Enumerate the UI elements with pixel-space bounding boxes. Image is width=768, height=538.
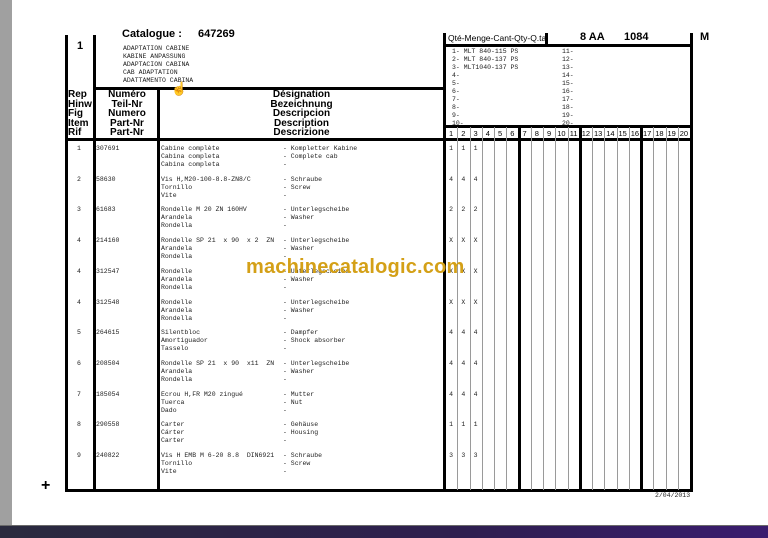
header-numero: NuméroTeil-NrNumeroPart-NrPart-Nr bbox=[97, 90, 157, 138]
grid-line bbox=[157, 87, 160, 492]
part-number: 208504 bbox=[96, 360, 119, 368]
grid-line bbox=[555, 127, 556, 490]
catalogue-number: 647269 bbox=[198, 28, 235, 40]
item-rep: 7 bbox=[77, 391, 81, 399]
part-description: Rondelle Arandela Rondella bbox=[161, 268, 192, 292]
quantity: 1 bbox=[470, 421, 482, 429]
item-rep: 9 bbox=[77, 452, 81, 460]
quantity: 4 bbox=[445, 360, 457, 368]
quantity: 4 bbox=[445, 176, 457, 184]
qty-column-header: 14 bbox=[604, 129, 616, 138]
assembly-title: ADAPTATION CABINE KABINE ANPASSUNG ADAPT… bbox=[123, 45, 193, 85]
quantity: 3 bbox=[445, 452, 457, 460]
part-number: 214160 bbox=[96, 237, 119, 245]
grid-line bbox=[579, 127, 582, 490]
part-number: 264615 bbox=[96, 329, 119, 337]
part-number: 307691 bbox=[96, 145, 119, 153]
quantity: X bbox=[445, 237, 457, 245]
quantity: X bbox=[470, 299, 482, 307]
viewer-left-margin bbox=[0, 0, 12, 525]
corner-letter: M bbox=[700, 31, 709, 43]
part-number: 185054 bbox=[96, 391, 119, 399]
qty-header: Qté-Menge-Cant-Qty-Q.ta bbox=[448, 33, 546, 43]
qty-column-header: 2 bbox=[457, 129, 469, 138]
quantity: 4 bbox=[470, 360, 482, 368]
quantity: 4 bbox=[457, 329, 469, 337]
qty-column-header: 18 bbox=[653, 129, 665, 138]
quantity: X bbox=[470, 237, 482, 245]
watermark: machinecatalogic.com bbox=[246, 256, 465, 279]
item-rep: 5 bbox=[77, 329, 81, 337]
sheet-number: 1 bbox=[70, 40, 90, 52]
grid-line bbox=[518, 127, 521, 490]
model-list-left: 1- MLT 840-115 PS 2- MLT 840-137 PS 3- M… bbox=[452, 48, 518, 128]
quantity: 3 bbox=[457, 452, 469, 460]
grid-line bbox=[666, 127, 667, 490]
part-translation: - Gehäuse - Housing - bbox=[283, 421, 318, 445]
grid-line bbox=[629, 127, 630, 490]
quantity: 4 bbox=[470, 329, 482, 337]
quantity: 4 bbox=[445, 329, 457, 337]
part-translation: - Unterlegscheibe - Washer - bbox=[283, 206, 349, 230]
grid-line bbox=[531, 127, 532, 490]
qty-column-header: 1 bbox=[445, 129, 457, 138]
plus-icon: + bbox=[41, 477, 50, 495]
part-number: 312548 bbox=[96, 299, 119, 307]
part-translation: - Schraube - Screw - bbox=[283, 176, 322, 200]
quantity: 1 bbox=[470, 145, 482, 153]
grid-line bbox=[690, 33, 693, 492]
quantity: X bbox=[457, 299, 469, 307]
group-code: 8 AA bbox=[580, 31, 605, 43]
quantity: 1 bbox=[445, 145, 457, 153]
part-description: Rondelle SP 21 x 90 x11 ZN Arandela Rond… bbox=[161, 360, 274, 384]
grid-line bbox=[93, 87, 445, 90]
part-description: Cabine complète Cabina completa Cabina c… bbox=[161, 145, 220, 169]
qty-column-header: 8 bbox=[531, 129, 543, 138]
item-rep: 4 bbox=[77, 299, 81, 307]
part-number: 240822 bbox=[96, 452, 119, 460]
part-translation: - Unterlegscheibe - Washer - bbox=[283, 299, 349, 323]
part-number: 312547 bbox=[96, 268, 119, 276]
part-number: 58630 bbox=[96, 176, 116, 184]
part-number: 61683 bbox=[96, 206, 116, 214]
part-description: Carter Cárter Carter bbox=[161, 421, 184, 445]
grid-line bbox=[604, 127, 605, 490]
quantity: 4 bbox=[470, 176, 482, 184]
qty-column-header: 19 bbox=[666, 129, 678, 138]
part-number: 290558 bbox=[96, 421, 119, 429]
quantity: 2 bbox=[470, 206, 482, 214]
grid-line bbox=[482, 127, 483, 490]
quantity: X bbox=[470, 268, 482, 276]
part-translation: - Unterlegscheibe - Washer - bbox=[283, 360, 349, 384]
grid-line bbox=[65, 489, 693, 492]
quantity: 4 bbox=[470, 391, 482, 399]
catalogue-label: Catalogue : bbox=[122, 28, 182, 40]
grid-line bbox=[443, 44, 693, 47]
item-rep: 4 bbox=[77, 237, 81, 245]
model-list-right: 11- 12- 13- 14- 15- 16- 17- 18- 19- 20- bbox=[562, 48, 574, 128]
grid-line bbox=[653, 127, 654, 490]
quantity: 3 bbox=[470, 452, 482, 460]
grid-line bbox=[617, 127, 618, 490]
qty-column-header: 9 bbox=[543, 129, 555, 138]
hand-cursor-icon: ☝ bbox=[171, 81, 187, 97]
part-translation: - Kompletter Kabine - Complete cab - bbox=[283, 145, 357, 169]
quantity: X bbox=[445, 299, 457, 307]
qty-column-header: 3 bbox=[470, 129, 482, 138]
viewer-bottom-bar bbox=[0, 525, 768, 538]
grid-line bbox=[65, 35, 68, 492]
part-description: Vis H EMB M 6-20 8.8 DIN6921 Tornillo Vi… bbox=[161, 452, 274, 476]
header-rep: RepHinwFigItemRif bbox=[68, 90, 92, 138]
part-description: Ecrou H,FR M20 zingué Tuerca Dado bbox=[161, 391, 243, 415]
quantity: 1 bbox=[457, 421, 469, 429]
part-description: Vis H,M20-100-8.8-ZN8/C Tornillo Vite bbox=[161, 176, 251, 200]
item-rep: 8 bbox=[77, 421, 81, 429]
grid-line bbox=[592, 127, 593, 490]
grid-line bbox=[543, 127, 544, 490]
quantity: 4 bbox=[457, 391, 469, 399]
part-translation: - Schraube - Screw - bbox=[283, 452, 322, 476]
item-rep: 4 bbox=[77, 268, 81, 276]
quantity: 4 bbox=[445, 391, 457, 399]
grid-line bbox=[506, 127, 507, 490]
part-description: Rondelle Arandela Rondella bbox=[161, 299, 192, 323]
qty-column-header: 5 bbox=[494, 129, 506, 138]
quantity: X bbox=[457, 237, 469, 245]
part-description: Silentbloc Amortiguador Tasselo bbox=[161, 329, 208, 353]
grid-line bbox=[640, 127, 643, 490]
quantity: 4 bbox=[457, 360, 469, 368]
grid-line bbox=[568, 127, 569, 490]
part-translation: - Mutter - Nut - bbox=[283, 391, 314, 415]
item-rep: 3 bbox=[77, 206, 81, 214]
part-description: Rondelle M 20 ZN 160HV Arandela Rondella bbox=[161, 206, 247, 230]
page-code: 1084 bbox=[624, 31, 648, 43]
qty-column-header: 13 bbox=[592, 129, 604, 138]
item-rep: 2 bbox=[77, 176, 81, 184]
grid-line bbox=[65, 138, 693, 141]
qty-column-header: 4 bbox=[482, 129, 494, 138]
item-rep: 1 bbox=[77, 145, 81, 153]
header-designation: DésignationBezeichnungDescripcionDescrip… bbox=[160, 90, 443, 138]
quantity: 1 bbox=[445, 421, 457, 429]
quantity: 4 bbox=[457, 176, 469, 184]
qty-column-header: 10 bbox=[555, 129, 567, 138]
quantity: 2 bbox=[445, 206, 457, 214]
qty-column-header: 20 bbox=[678, 129, 690, 138]
grid-line bbox=[494, 127, 495, 490]
grid-line bbox=[678, 127, 679, 490]
quantity: 1 bbox=[457, 145, 469, 153]
part-translation: - Dampfer - Shock absorber - bbox=[283, 329, 345, 353]
quantity: 2 bbox=[457, 206, 469, 214]
item-rep: 6 bbox=[77, 360, 81, 368]
grid-line bbox=[443, 44, 446, 139]
print-date: 2/04/2013 bbox=[655, 492, 690, 500]
qty-column-header: 15 bbox=[617, 129, 629, 138]
